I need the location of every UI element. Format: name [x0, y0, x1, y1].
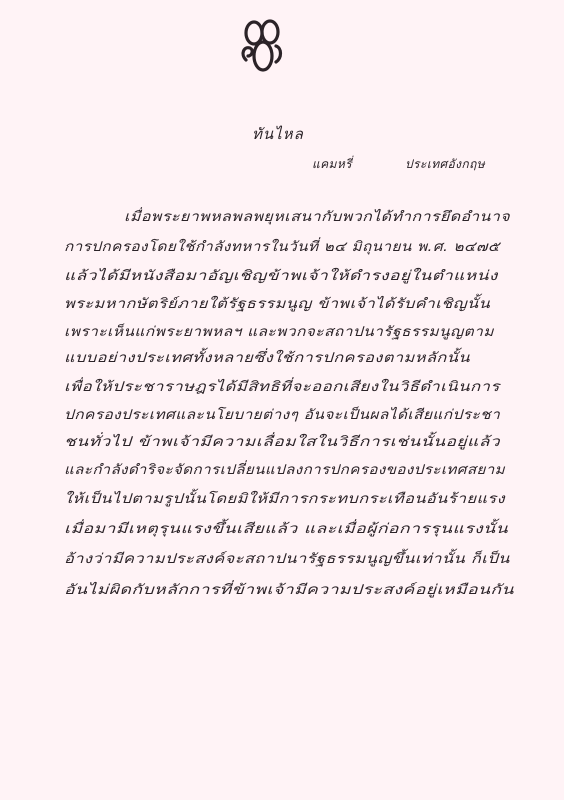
royal-monogram-icon	[236, 18, 290, 76]
body-line-7: เพื่อให้ประชาราษฎรได้มีสิทธิที่จะออกเสีย…	[64, 375, 500, 397]
body-line-11: ให้เป็นไปตามรูปนั้นโดยมิให้มีการกระทบกระ…	[64, 487, 505, 509]
body-line-9: ชนทั่วไป ข้าพเจ้ามีความเลื่อมใสในวิธีการ…	[64, 430, 500, 452]
body-line-10: และกำลังดำริจะจัดการเปลี่ยนแปลงการปกครอง…	[64, 458, 505, 480]
letter-page: ทันไหล แคมหรี่ ประเทศอังกฤษ เมื่อพระยาพห…	[0, 0, 564, 800]
body-line-1: เมื่อพระยาพหลพลพยุหเสนากับพวกได้ทำการยึด…	[124, 205, 510, 227]
body-line-13: อ้างว่ามีความประสงค์จะสถาปนารัฐธรรมนูญขึ…	[64, 547, 510, 569]
body-line-12: เมื่อมามีเหตุรุนแรงขึ้นเสียแล้ว และเมื่อ…	[64, 517, 508, 539]
body-line-6: แบบอย่างประเทศทั้งหลายซึ่งใช้การปกครองตา…	[64, 346, 470, 368]
body-line-3: แล้วได้มีหนังสือมาอัญเชิญข้าพเจ้าให้ดำรง…	[64, 264, 498, 286]
body-line-2: การปกครองโดยใช้กำลังทหารในวันที่ ๒๔ มิถุ…	[64, 235, 500, 257]
body-line-5: เพราะเห็นแก่พระยาพหลฯ และพวกจะสถาปนารัฐธ…	[64, 320, 494, 342]
body-line-14: อันไม่ผิดกับหลักการที่ข้าพเจ้ามีความประส…	[64, 578, 514, 600]
address-house: แคมหรี่	[312, 155, 352, 174]
place-heading: ทันไหล	[252, 122, 304, 146]
body-line-8: ปกครองประเทศและนโยบายต่างๆ อันจะเป็นผลได…	[64, 403, 500, 425]
address-country: ประเทศอังกฤษ	[405, 155, 485, 174]
body-line-4: พระมหากษัตริย์ภายใต้รัฐธรรมนูญ ข้าพเจ้าไ…	[64, 292, 490, 314]
